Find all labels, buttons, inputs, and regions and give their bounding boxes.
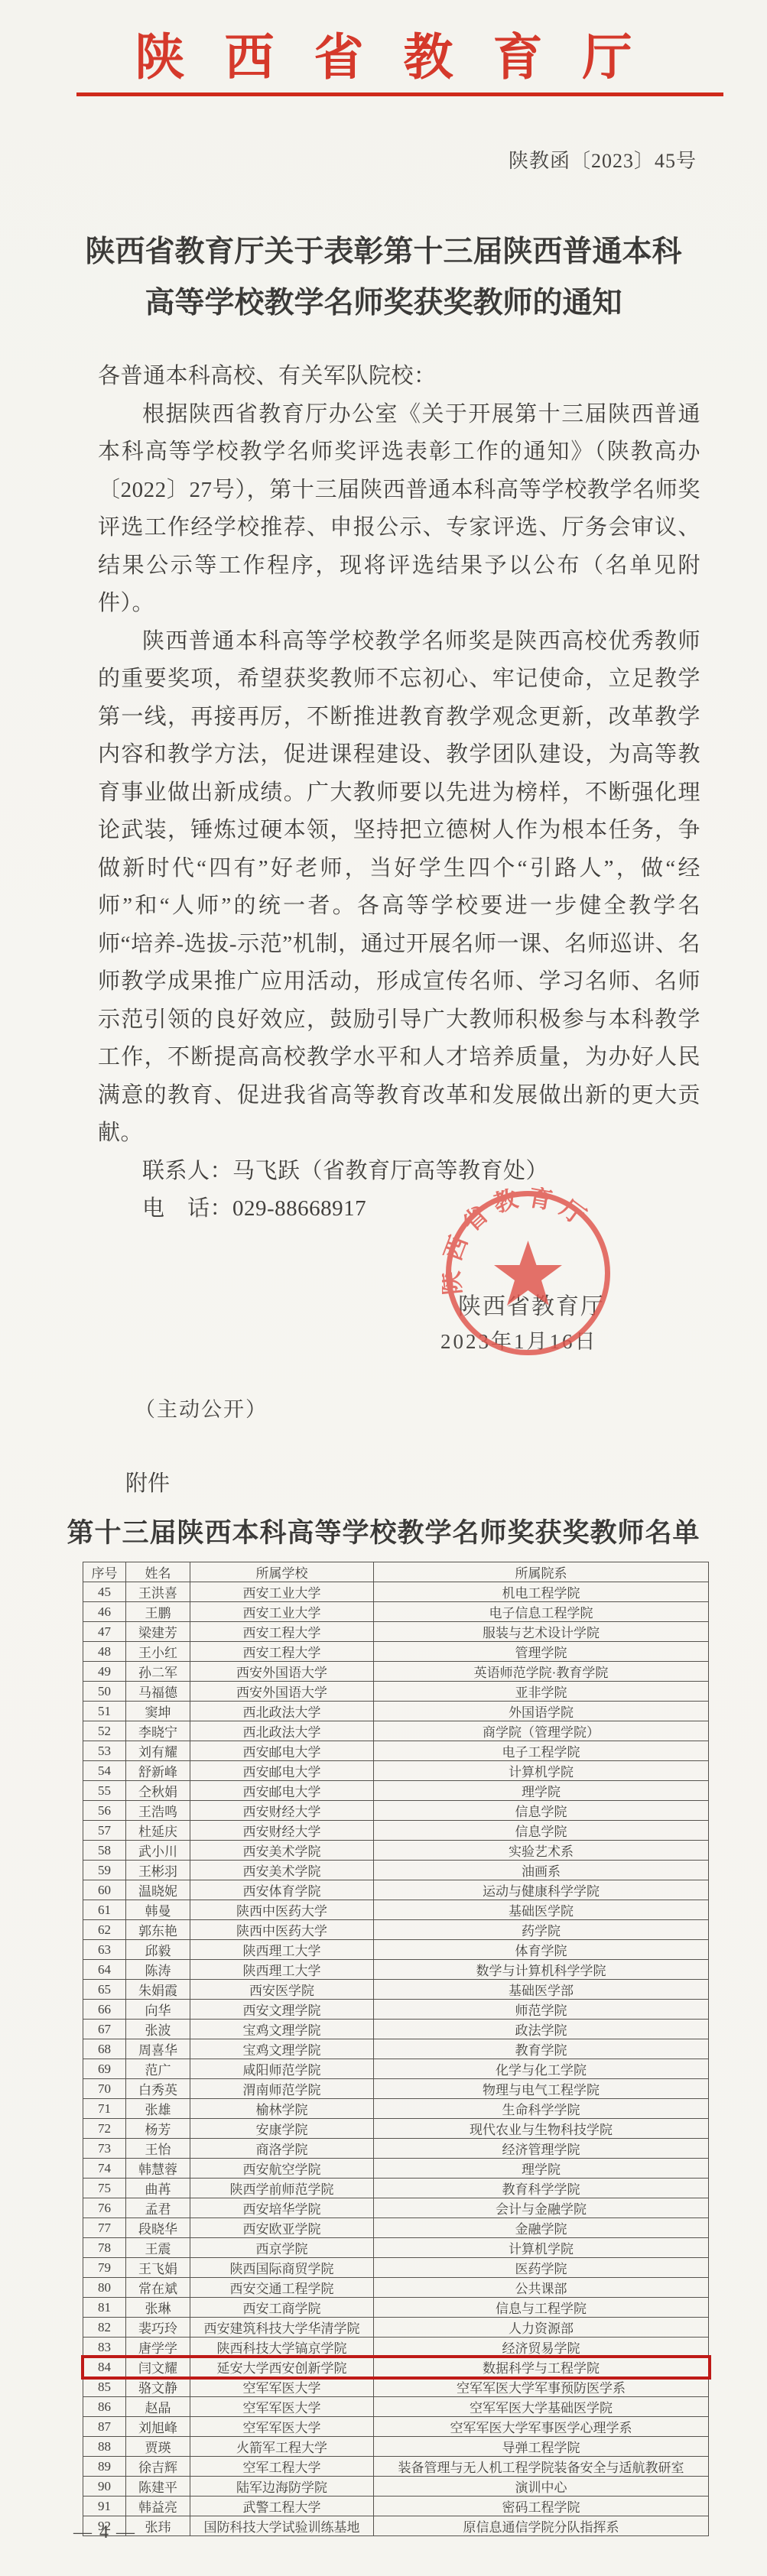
- table-cell: 安康学院: [190, 2119, 374, 2139]
- table-cell: 西安工商学院: [190, 2298, 374, 2318]
- table-cell: 数学与计算机科学学院: [374, 1960, 709, 1980]
- table-cell: 50: [83, 1682, 126, 1702]
- table-row: 51窦坤西北政法大学外国语学院: [83, 1702, 709, 1721]
- table-cell: 82: [83, 2318, 126, 2338]
- table-cell: 王震: [126, 2238, 190, 2258]
- table-cell: 52: [83, 1721, 126, 1741]
- table-cell: 韩益亮: [126, 2497, 190, 2516]
- table-cell: 管理学院: [374, 1642, 709, 1662]
- table-cell: 西安邮电大学: [190, 1741, 374, 1761]
- table-cell: 会计与金融学院: [374, 2198, 709, 2218]
- table-row: 52李晓宁西北政法大学商学院（管理学院）: [83, 1721, 709, 1741]
- table-cell: 89: [83, 2457, 126, 2477]
- table-row: 61韩曼陕西中医药大学基础医学院: [83, 1900, 709, 1920]
- table-cell: 西安航空学院: [190, 2159, 374, 2179]
- table-cell: 72: [83, 2119, 126, 2139]
- table-cell: 师范学院: [374, 2000, 709, 2020]
- table-cell: 杨芳: [126, 2119, 190, 2139]
- table-cell: 经济管理学院: [374, 2139, 709, 2159]
- table-cell: 59: [83, 1861, 126, 1880]
- table-row: 48王小红西安工程大学管理学院: [83, 1642, 709, 1662]
- table-row: 68周喜华宝鸡文理学院教育学院: [83, 2039, 709, 2059]
- table-cell: 延安大学西安创新学院: [190, 2357, 374, 2377]
- table-cell: 数据科学与工程学院: [374, 2357, 709, 2377]
- table-cell: 窦坤: [126, 1702, 190, 1721]
- table-cell: 西安外国语大学: [190, 1662, 374, 1682]
- table-cell: 白秀英: [126, 2079, 190, 2099]
- table-cell: 武警工程大学: [190, 2497, 374, 2516]
- document-number: 陕教函〔2023〕45号: [509, 145, 697, 174]
- table-cell: 骆文静: [126, 2377, 190, 2397]
- table-cell: 王鹏: [126, 1602, 190, 1622]
- table-row: 63邱毅陕西理工大学体育学院: [83, 1940, 709, 1960]
- table-cell: 服装与艺术设计学院: [374, 1622, 709, 1642]
- table-row: 83唐学学陕西科技大学镐京学院经济贸易学院: [83, 2338, 709, 2357]
- table-cell: 空军军医大学军事医学心理学系: [374, 2417, 709, 2437]
- table-cell: 唐学学: [126, 2338, 190, 2357]
- table-cell: 68: [83, 2039, 126, 2059]
- table-row: 85骆文静空军军医大学空军军医大学军事预防医学系: [83, 2377, 709, 2397]
- table-cell: 王浩鸣: [126, 1801, 190, 1821]
- awardees-roster-table: 序号 姓名 所属学校 所属院系 45王洪喜西安工业大学机电工程学院46王鹏西安工…: [83, 1562, 709, 2536]
- table-cell: 西安体育学院: [190, 1880, 374, 1900]
- table-cell: 理学院: [374, 2159, 709, 2179]
- table-row: 91韩益亮武警工程大学密码工程学院: [83, 2497, 709, 2516]
- table-cell: 西安培华学院: [190, 2198, 374, 2218]
- table-row: 87刘旭峰空军军医大学空军军医大学军事医学心理学系: [83, 2417, 709, 2437]
- table-row: 54舒新峰西安邮电大学计算机学院: [83, 1761, 709, 1781]
- table-cell: 经济贸易学院: [374, 2338, 709, 2357]
- table-cell: 张波: [126, 2020, 190, 2039]
- table-row: 89徐吉辉空军工程大学装备管理与无人机工程学院装备安全与适航教研室: [83, 2457, 709, 2477]
- table-row: 64陈涛陕西理工大学数学与计算机科学学院: [83, 1960, 709, 1980]
- table-cell: 西安美术学院: [190, 1841, 374, 1861]
- table-cell: 政法学院: [374, 2020, 709, 2039]
- table-cell: 西安邮电大学: [190, 1761, 374, 1781]
- agency-letterhead: 陕西省教育厅: [0, 17, 767, 89]
- table-cell: 西安工程大学: [190, 1622, 374, 1642]
- table-cell: 空军军医大学: [190, 2377, 374, 2397]
- table-cell: 商学院（管理学院）: [374, 1721, 709, 1741]
- table-row: 66向华西安文理学院师范学院: [83, 2000, 709, 2020]
- table-cell: 61: [83, 1900, 126, 1920]
- table-cell: 79: [83, 2258, 126, 2278]
- table-row: 53刘有耀西安邮电大学电子工程学院: [83, 1741, 709, 1761]
- table-row: 46王鹏西安工业大学电子信息工程学院: [83, 1602, 709, 1622]
- table-cell: 公共课部: [374, 2278, 709, 2298]
- table-row: 69范广咸阳师范学院化学与化工学院: [83, 2059, 709, 2079]
- table-cell: 90: [83, 2477, 126, 2497]
- table-cell: 西安邮电大学: [190, 1781, 374, 1801]
- table-cell: 医药学院: [374, 2258, 709, 2278]
- table-cell: 机电工程学院: [374, 1582, 709, 1602]
- table-cell: 英语师范学院·教育学院: [374, 1662, 709, 1682]
- table-cell: 朱娟霞: [126, 1980, 190, 2000]
- table-cell: 武小川: [126, 1841, 190, 1861]
- roster-table-header: 序号 姓名 所属学校 所属院系: [83, 1562, 709, 1582]
- salutation: 各普通本科高校、有关军队院校：: [98, 358, 700, 396]
- table-cell: 商洛学院: [190, 2139, 374, 2159]
- table-row: 88贾瑛火箭军工程大学导弹工程学院: [83, 2437, 709, 2457]
- table-cell: 陕西中医药大学: [190, 1900, 374, 1920]
- table-cell: 67: [83, 2020, 126, 2039]
- table-cell: 51: [83, 1702, 126, 1721]
- table-cell: 刘旭峰: [126, 2417, 190, 2437]
- table-cell: 48: [83, 1642, 126, 1662]
- table-cell: 王小红: [126, 1642, 190, 1662]
- table-cell: 邱毅: [126, 1940, 190, 1960]
- table-cell: 陕西中医药大学: [190, 1920, 374, 1940]
- table-row: 86赵晶空军军医大学空军军医大学基础医学院: [83, 2397, 709, 2417]
- table-cell: 80: [83, 2278, 126, 2298]
- table-cell: 王彬羽: [126, 1861, 190, 1880]
- table-row: 77段晓华西安欧亚学院金融学院: [83, 2218, 709, 2238]
- table-cell: 71: [83, 2099, 126, 2119]
- page-number: — 4 —: [73, 2522, 136, 2543]
- table-cell: 装备管理与无人机工程学院装备安全与适航教研室: [374, 2457, 709, 2477]
- disclosure-note: （主动公开）: [135, 1393, 268, 1423]
- table-cell: 电子工程学院: [374, 1741, 709, 1761]
- table-cell: 83: [83, 2338, 126, 2357]
- table-cell: 88: [83, 2437, 126, 2457]
- table-cell: 基础医学院: [374, 1900, 709, 1920]
- table-cell: 国防科技大学试验训练基地: [190, 2516, 374, 2536]
- table-row: 56王浩鸣西安财经大学信息学院: [83, 1801, 709, 1821]
- table-row: 82裴巧玲西安建筑科技大学华清学院人力资源部: [83, 2318, 709, 2338]
- table-cell: 陕西科技大学镐京学院: [190, 2338, 374, 2357]
- table-cell: 孟君: [126, 2198, 190, 2218]
- table-cell: 西安欧亚学院: [190, 2218, 374, 2238]
- scanned-document-page: 陕西省教育厅 陕教函〔2023〕45号 陕西省教育厅关于表彰第十三届陕西普通本科…: [0, 0, 767, 2576]
- table-cell: 54: [83, 1761, 126, 1781]
- table-row: 81张琳西安工商学院信息与工程学院: [83, 2298, 709, 2318]
- table-cell: 西安建筑科技大学华清学院: [190, 2318, 374, 2338]
- table-cell: 西北政法大学: [190, 1702, 374, 1721]
- table-cell: 梁建芳: [126, 1622, 190, 1642]
- table-cell: 西安文理学院: [190, 2000, 374, 2020]
- table-cell: 信息与工程学院: [374, 2298, 709, 2318]
- table-cell: 现代农业与生物科技学院: [374, 2119, 709, 2139]
- contact-phone-line: 电 话：029-88668917: [98, 1190, 700, 1228]
- table-row: 67张波宝鸡文理学院政法学院: [83, 2020, 709, 2039]
- table-cell: 原信息通信学院分队指挥系: [374, 2516, 709, 2536]
- table-cell: 化学与化工学院: [374, 2059, 709, 2079]
- notice-title-line-2: 高等学校教学名师奖获奖教师的通知: [0, 277, 767, 329]
- table-cell: 物理与电气工程学院: [374, 2079, 709, 2099]
- table-cell: 外国语学院: [374, 1702, 709, 1721]
- column-header-department: 所属院系: [374, 1562, 709, 1582]
- table-cell: 58: [83, 1841, 126, 1861]
- table-row-highlighted: 84闫文耀延安大学西安创新学院数据科学与工程学院: [83, 2357, 709, 2377]
- table-row: 55仝秋娟西安邮电大学理学院: [83, 1781, 709, 1801]
- table-cell: 60: [83, 1880, 126, 1900]
- table-row: 76孟君西安培华学院会计与金融学院: [83, 2198, 709, 2218]
- table-row: 78王震西京学院计算机学院: [83, 2238, 709, 2258]
- table-cell: 信息学院: [374, 1821, 709, 1841]
- table-cell: 46: [83, 1602, 126, 1622]
- table-cell: 西安美术学院: [190, 1861, 374, 1880]
- table-row: 72杨芳安康学院现代农业与生物科技学院: [83, 2119, 709, 2139]
- table-cell: 电子信息工程学院: [374, 1602, 709, 1622]
- table-row: 70白秀英渭南师范学院物理与电气工程学院: [83, 2079, 709, 2099]
- table-cell: 西安外国语大学: [190, 1682, 374, 1702]
- table-cell: 陕西国际商贸学院: [190, 2258, 374, 2278]
- table-row: 79王飞娟陕西国际商贸学院医药学院: [83, 2258, 709, 2278]
- table-cell: 70: [83, 2079, 126, 2099]
- roster-table-title: 第十三届陕西本科高等学校教学名师奖获奖教师名单: [0, 1512, 767, 1550]
- header-row: 序号 姓名 所属学校 所属院系: [83, 1562, 709, 1582]
- table-row: 73王怡商洛学院经济管理学院: [83, 2139, 709, 2159]
- table-row: 75曲苒陕西学前师范学院教育科学学院: [83, 2179, 709, 2198]
- table-cell: 教育科学学院: [374, 2179, 709, 2198]
- column-header-name: 姓名: [126, 1562, 190, 1582]
- table-cell: 周喜华: [126, 2039, 190, 2059]
- roster-table-body: 45王洪喜西安工业大学机电工程学院46王鹏西安工业大学电子信息工程学院47梁建芳…: [83, 1582, 709, 2536]
- table-cell: 45: [83, 1582, 126, 1602]
- table-row: 50马福德西安外国语大学亚非学院: [83, 1682, 709, 1702]
- table-cell: 导弹工程学院: [374, 2437, 709, 2457]
- table-cell: 运动与健康科学学院: [374, 1880, 709, 1900]
- contact-person-line: 联系人：马飞跃（省教育厅高等教育处）: [98, 1153, 700, 1191]
- table-cell: 贾瑛: [126, 2437, 190, 2457]
- table-cell: 73: [83, 2139, 126, 2159]
- table-cell: 曲苒: [126, 2179, 190, 2198]
- table-row: 49孙二军西安外国语大学英语师范学院·教育学院: [83, 1662, 709, 1682]
- attachment-label: 附件: [125, 1466, 170, 1497]
- table-row: 90陈建平陆军边海防学院演训中心: [83, 2477, 709, 2497]
- table-cell: 孙二军: [126, 1662, 190, 1682]
- table-cell: 65: [83, 1980, 126, 2000]
- table-cell: 空军军医大学: [190, 2417, 374, 2437]
- table-cell: 75: [83, 2179, 126, 2198]
- table-cell: 空军军医大学: [190, 2397, 374, 2417]
- table-cell: 陆军边海防学院: [190, 2477, 374, 2497]
- table-cell: 宝鸡文理学院: [190, 2020, 374, 2039]
- letterhead-divider-rule: [76, 92, 723, 96]
- notice-body: 各普通本科高校、有关军队院校： 根据陕西省教育厅办公室《关于开展第十三届陕西普通…: [98, 358, 700, 1228]
- table-cell: 55: [83, 1781, 126, 1801]
- table-cell: 计算机学院: [374, 2238, 709, 2258]
- table-cell: 西安财经大学: [190, 1821, 374, 1841]
- table-cell: 空军工程大学: [190, 2457, 374, 2477]
- table-cell: 西北政法大学: [190, 1721, 374, 1741]
- body-paragraph-2: 陕西普通本科高等学校教学名师奖是陕西高校优秀教师的重要奖项，希望获奖教师不忘初心…: [98, 623, 700, 1153]
- table-cell: 韩曼: [126, 1900, 190, 1920]
- table-cell: 金融学院: [374, 2218, 709, 2238]
- table-cell: 计算机学院: [374, 1761, 709, 1781]
- table-cell: 火箭军工程大学: [190, 2437, 374, 2457]
- table-cell: 47: [83, 1622, 126, 1642]
- table-row: 62郭东艳陕西中医药大学药学院: [83, 1920, 709, 1940]
- table-row: 45王洪喜西安工业大学机电工程学院: [83, 1582, 709, 1602]
- table-cell: 西安财经大学: [190, 1801, 374, 1821]
- table-cell: 空军军医大学军事预防医学系: [374, 2377, 709, 2397]
- table-cell: 裴巧玲: [126, 2318, 190, 2338]
- table-row: 74韩慧蓉西安航空学院理学院: [83, 2159, 709, 2179]
- table-row: 47梁建芳西安工程大学服装与艺术设计学院: [83, 1622, 709, 1642]
- table-cell: 西安交通工程学院: [190, 2278, 374, 2298]
- table-cell: 78: [83, 2238, 126, 2258]
- table-cell: 生命科学学院: [374, 2099, 709, 2119]
- issue-date: 2023年1月16日: [440, 1325, 598, 1355]
- table-cell: 马福德: [126, 1682, 190, 1702]
- table-cell: 85: [83, 2377, 126, 2397]
- table-cell: 西安工业大学: [190, 1582, 374, 1602]
- table-cell: 63: [83, 1940, 126, 1960]
- table-cell: 81: [83, 2298, 126, 2318]
- table-cell: 基础医学部: [374, 1980, 709, 2000]
- table-cell: 陈涛: [126, 1960, 190, 1980]
- table-cell: 49: [83, 1662, 126, 1682]
- table-cell: 信息学院: [374, 1801, 709, 1821]
- table-cell: 闫文耀: [126, 2357, 190, 2377]
- table-cell: 陕西理工大学: [190, 1940, 374, 1960]
- table-cell: 油画系: [374, 1861, 709, 1880]
- table-cell: 王飞娟: [126, 2258, 190, 2278]
- table-cell: 温晓妮: [126, 1880, 190, 1900]
- table-row: 59王彬羽西安美术学院油画系: [83, 1861, 709, 1880]
- table-cell: 理学院: [374, 1781, 709, 1801]
- table-row: 57杜延庆西安财经大学信息学院: [83, 1821, 709, 1841]
- table-cell: 段晓华: [126, 2218, 190, 2238]
- table-cell: 86: [83, 2397, 126, 2417]
- table-cell: 66: [83, 2000, 126, 2020]
- table-cell: 张琳: [126, 2298, 190, 2318]
- table-cell: 陈建平: [126, 2477, 190, 2497]
- table-row: 58武小川西安美术学院实验艺术系: [83, 1841, 709, 1861]
- table-cell: 渭南师范学院: [190, 2079, 374, 2099]
- table-cell: 陕西学前师范学院: [190, 2179, 374, 2198]
- table-cell: 62: [83, 1920, 126, 1940]
- table-row: 60温晓妮西安体育学院运动与健康科学学院: [83, 1880, 709, 1900]
- table-cell: 密码工程学院: [374, 2497, 709, 2516]
- table-cell: 王怡: [126, 2139, 190, 2159]
- table-cell: 演训中心: [374, 2477, 709, 2497]
- table-row: 71张雄榆林学院生命科学学院: [83, 2099, 709, 2119]
- issuer-signature: 陕西省教育厅: [458, 1287, 605, 1321]
- table-cell: 教育学院: [374, 2039, 709, 2059]
- notice-title: 陕西省教育厅关于表彰第十三届陕西普通本科 高等学校教学名师奖获奖教师的通知: [0, 226, 767, 329]
- table-cell: 陕西理工大学: [190, 1960, 374, 1980]
- table-cell: 53: [83, 1741, 126, 1761]
- table-cell: 74: [83, 2159, 126, 2179]
- table-cell: 向华: [126, 2000, 190, 2020]
- table-cell: 77: [83, 2218, 126, 2238]
- table-cell: 57: [83, 1821, 126, 1841]
- table-row: 80常在斌西安交通工程学院公共课部: [83, 2278, 709, 2298]
- table-cell: 韩慧蓉: [126, 2159, 190, 2179]
- table-cell: 体育学院: [374, 1940, 709, 1960]
- table-cell: 宝鸡文理学院: [190, 2039, 374, 2059]
- table-cell: 杜延庆: [126, 1821, 190, 1841]
- table-cell: 实验艺术系: [374, 1841, 709, 1861]
- table-cell: 亚非学院: [374, 1682, 709, 1702]
- column-header-school: 所属学校: [190, 1562, 374, 1582]
- table-cell: 64: [83, 1960, 126, 1980]
- table-cell: 张雄: [126, 2099, 190, 2119]
- table-cell: 范广: [126, 2059, 190, 2079]
- table-row: 92张玮国防科技大学试验训练基地原信息通信学院分队指挥系: [83, 2516, 709, 2536]
- table-cell: 西京学院: [190, 2238, 374, 2258]
- table-cell: 徐吉辉: [126, 2457, 190, 2477]
- column-header-index: 序号: [83, 1562, 126, 1582]
- table-cell: 榆林学院: [190, 2099, 374, 2119]
- table-cell: 87: [83, 2417, 126, 2437]
- table-cell: 人力资源部: [374, 2318, 709, 2338]
- table-cell: 西安工业大学: [190, 1602, 374, 1622]
- table-cell: 空军军医大学基础医学院: [374, 2397, 709, 2417]
- table-cell: 84: [83, 2357, 126, 2377]
- table-cell: 西安工程大学: [190, 1642, 374, 1662]
- table-row: 65朱娟霞西安医学院基础医学部: [83, 1980, 709, 2000]
- table-cell: 舒新峰: [126, 1761, 190, 1781]
- table-cell: 药学院: [374, 1920, 709, 1940]
- table-cell: 仝秋娟: [126, 1781, 190, 1801]
- table-cell: 李晓宁: [126, 1721, 190, 1741]
- table-cell: 56: [83, 1801, 126, 1821]
- table-cell: 西安医学院: [190, 1980, 374, 2000]
- table-cell: 赵晶: [126, 2397, 190, 2417]
- table-cell: 郭东艳: [126, 1920, 190, 1940]
- body-paragraph-1: 根据陕西省教育厅办公室《关于开展第十三届陕西普通本科高等学校教学名师奖评选表彰工…: [98, 396, 700, 623]
- table-cell: 76: [83, 2198, 126, 2218]
- table-cell: 刘有耀: [126, 1741, 190, 1761]
- notice-title-line-1: 陕西省教育厅关于表彰第十三届陕西普通本科: [0, 226, 767, 277]
- table-cell: 常在斌: [126, 2278, 190, 2298]
- table-cell: 咸阳师范学院: [190, 2059, 374, 2079]
- table-cell: 91: [83, 2497, 126, 2516]
- table-cell: 69: [83, 2059, 126, 2079]
- table-cell: 王洪喜: [126, 1582, 190, 1602]
